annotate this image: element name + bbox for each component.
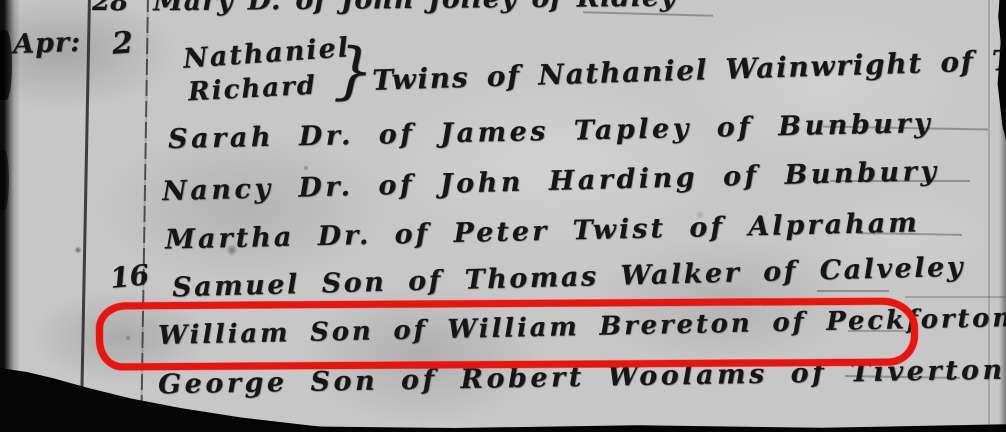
register-entry: Samuel Son of Thomas Walker of Calveley (172, 252, 966, 304)
column-rule-left (80, 0, 91, 432)
twin-name-1: Nathaniel (182, 32, 351, 75)
day-number-partial: 28 (92, 0, 128, 17)
day-number: 16 (108, 258, 150, 295)
trailing-line (905, 296, 1005, 298)
day-number: 2 (111, 25, 134, 61)
twin-name-2: Richard (187, 71, 317, 108)
scan-edge-right-shadow (999, 0, 1006, 432)
month-label: Apr: (12, 27, 81, 60)
register-entry: Twins of Nathaniel Wainwright of Tilston… (372, 40, 1006, 97)
highlight-annotation-box (96, 297, 918, 370)
register-page-scan: Apr: 28 2 16 Mary D. of John Jolley of R… (0, 0, 1006, 432)
scan-edge-shadow (0, 30, 12, 100)
register-entry: Sarah Dr. of James Tapley of Bunbury (168, 108, 934, 155)
register-entry: Nancy Dr. of John Harding of Bunbury (162, 156, 940, 207)
register-entry: Martha Dr. of Peter Twist of Alpraham (165, 207, 920, 255)
scan-edge-shadow (0, 150, 9, 210)
trailing-line (817, 290, 889, 292)
scan-edge-bottom (300, 422, 1006, 432)
brace-glyph: } (333, 33, 375, 107)
register-entry-partial: Mary D. of John Jolley of Ridley (153, 0, 677, 17)
